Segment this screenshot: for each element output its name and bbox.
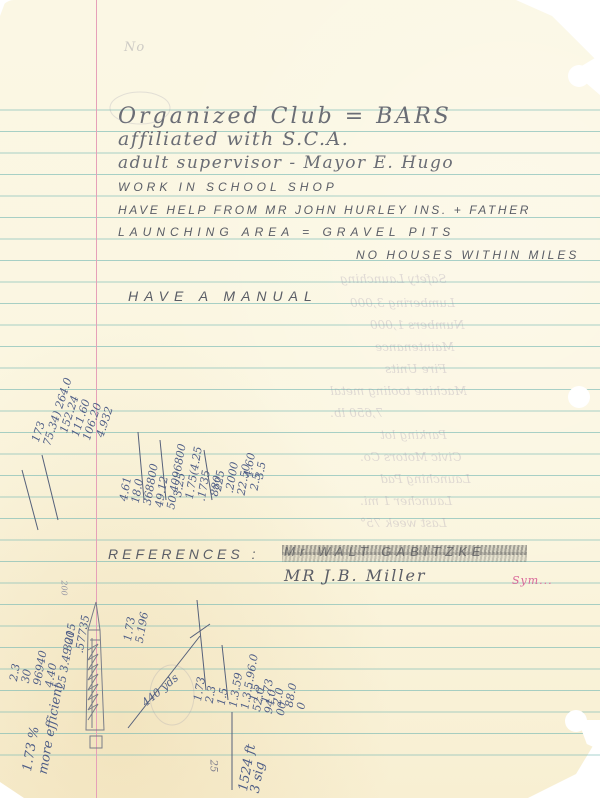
faint-sketches — [0, 0, 600, 798]
